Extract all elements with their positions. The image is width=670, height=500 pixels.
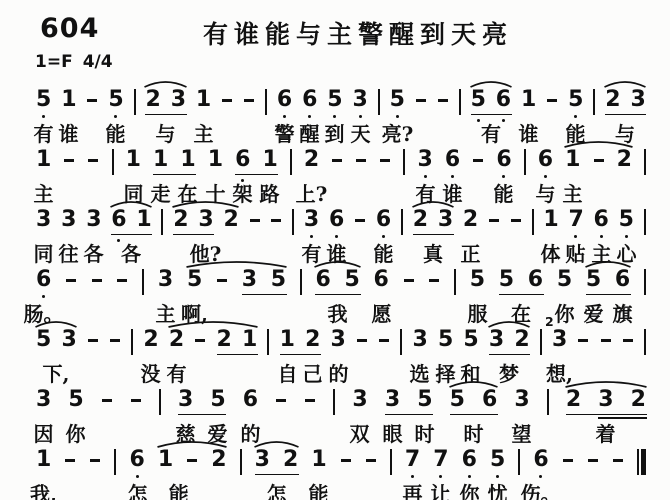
note: 5 (619, 198, 634, 232)
duration-dash (275, 378, 287, 420)
duration-dash (86, 78, 98, 120)
beam-underline (450, 414, 498, 416)
lyric-syllable: 怎 (267, 478, 287, 500)
note: 5 (68, 378, 83, 412)
duration-dash (622, 318, 634, 360)
note-digit: 1 (158, 448, 173, 472)
note: 1 (153, 138, 168, 172)
note-digit: 5 (327, 88, 342, 112)
barline (403, 149, 405, 175)
note-digit: 5 (619, 208, 634, 232)
note-digit: 5 (586, 268, 601, 292)
note: 6 (235, 138, 250, 172)
note-digit: 1 (61, 88, 76, 112)
barline (292, 209, 294, 235)
music-line: 51523166535561523有谁能与主警醒到天亮?有谁能与 (36, 78, 646, 138)
note: 5 (568, 78, 583, 112)
note-digit: 6 (36, 268, 51, 292)
barline (644, 269, 646, 295)
note-digit: 1 (280, 328, 295, 352)
note-digit: 6 (528, 268, 543, 292)
note: 3 (36, 198, 51, 232)
barline (240, 449, 242, 475)
note-digit: 2 (514, 328, 529, 352)
note: 1 (521, 78, 536, 112)
note: 6 (528, 258, 543, 292)
note-digit: 3 (514, 388, 529, 412)
duration-dash (89, 438, 101, 480)
note: 3 (171, 78, 186, 112)
score: 51523166535561523有谁能与主警醒到天亮?有谁能与11111612… (0, 72, 670, 498)
duration-dash (488, 198, 500, 240)
note: 5 (557, 258, 572, 292)
note-digit: 3 (418, 148, 433, 172)
note-digit: 6 (315, 268, 330, 292)
note: 32 (552, 318, 567, 352)
duration-dash (354, 198, 366, 240)
note: 3 (630, 78, 645, 112)
note-digit: 3 (198, 208, 213, 232)
note-digit: 2 (283, 448, 298, 472)
note-digit: 1 (153, 148, 168, 172)
note: 5 (417, 378, 432, 412)
note-digit: 2 (605, 88, 620, 112)
beam-underline (489, 354, 530, 356)
barline (267, 329, 269, 355)
barline (532, 209, 534, 235)
lyrics-row: 肠。主啊,我愿服在你爱旗 (36, 300, 646, 318)
note: 5 (450, 378, 465, 412)
notation-row: 5322211233553232 (36, 318, 646, 360)
note: 3 (331, 318, 346, 352)
barline (300, 269, 302, 295)
note-digit: 2 (143, 328, 158, 352)
note-digit: 6 (496, 88, 511, 112)
note: 3 (158, 258, 173, 292)
barline (112, 149, 114, 175)
note: 2 (283, 438, 298, 472)
beam-underline (145, 114, 187, 116)
note-digit: 1 (136, 208, 151, 232)
note: 3 (304, 198, 319, 232)
barline (400, 329, 402, 355)
final-barline (637, 449, 646, 475)
beam-underline (413, 234, 454, 236)
duration-dash (472, 138, 484, 180)
note: 6 (496, 78, 511, 112)
note-digit: 1 (543, 208, 558, 232)
barline (142, 269, 144, 295)
note: 6 (374, 258, 389, 292)
note-digit: 2 (305, 328, 320, 352)
note-digit: 3 (86, 208, 101, 232)
note: 2 (631, 378, 646, 412)
beam-underline (153, 174, 196, 176)
lyrics-row: 有谁能与主警醒到天亮?有谁能与 (36, 120, 646, 138)
page-title: 有谁能与主警醒到天亮 (0, 15, 670, 51)
note: 6 (302, 78, 317, 112)
duration-dash (87, 318, 99, 360)
duration-dash (428, 258, 440, 300)
note-digit: 2 (211, 448, 226, 472)
note: 2 (217, 318, 232, 352)
note-digit: 3 (178, 388, 193, 412)
note-digit: 2 (463, 208, 478, 232)
note: 3 (198, 198, 213, 232)
sheet-music-page: 604 有谁能与主警醒到天亮 1=F4/4 51523166535561523有… (0, 0, 670, 500)
note-digit: 6 (277, 88, 292, 112)
beam-underline (173, 234, 214, 236)
note: 5 (390, 78, 405, 112)
lyrics-row: 主同走在十架路上?有谁能与主 (36, 180, 646, 198)
note-digit: 6 (329, 208, 344, 232)
lyric-syllable: 能 (169, 478, 189, 500)
barline (378, 89, 380, 115)
barline (114, 449, 116, 475)
note-digit: 5 (490, 448, 505, 472)
note-digit: 1 (565, 148, 580, 172)
note: 6 (462, 438, 477, 472)
note-digit: 3 (412, 328, 427, 352)
duration-dash (109, 318, 121, 360)
duration-dash (194, 318, 206, 360)
note: 1 (543, 198, 558, 232)
note: 6 (36, 258, 51, 292)
note-digit: 3 (489, 328, 504, 352)
note-digit: 5 (36, 88, 51, 112)
duration-dash (437, 78, 449, 120)
barline (593, 89, 595, 115)
duration-dash (593, 138, 605, 180)
lyrics-row: 因你慈爱的双眼时时望着 (36, 420, 646, 438)
barline (459, 89, 461, 115)
note-digit: 5 (499, 268, 514, 292)
lyric-syllable: 你 (460, 478, 480, 500)
note-digit: 2 (223, 208, 238, 232)
lyric-syllable: 忧 (488, 478, 508, 500)
key-label: 1=F (35, 52, 73, 72)
note: 6 (315, 258, 330, 292)
note-digit: 3 (552, 328, 567, 352)
note: 5 (438, 318, 453, 352)
note-digit: 3 (385, 388, 400, 412)
notation-row: 63535656556556 (36, 258, 646, 300)
note-digit: 1 (36, 148, 51, 172)
note-digit: 6 (374, 268, 389, 292)
duration-dash (365, 438, 377, 480)
duration-dash (510, 198, 522, 240)
barline (265, 89, 267, 115)
note: 7 (405, 438, 420, 472)
note: 1 (565, 138, 580, 172)
note: 1 (262, 138, 277, 172)
key-signature: 1=F4/4 (0, 52, 670, 72)
note: 6 (594, 198, 609, 232)
duration-dash (577, 318, 589, 360)
note-digit: 5 (210, 388, 225, 412)
duration-dash (65, 258, 77, 300)
time-signature: 4/4 (83, 52, 113, 72)
note-digit: 3 (255, 448, 270, 472)
note: 1 (242, 318, 257, 352)
duration-dash (249, 198, 261, 240)
header: 604 有谁能与主警醒到天亮 (0, 0, 670, 51)
note-digit: 5 (417, 388, 432, 412)
note: 2 (463, 198, 478, 232)
music-line: 5322211233553232下,没有自己的选择和梦想, (36, 318, 646, 378)
barline (644, 209, 646, 235)
note-digit: 3 (36, 208, 51, 232)
duration-dash (243, 78, 255, 120)
beam-underline (499, 294, 544, 296)
duration-dash (130, 378, 142, 420)
note: 6 (329, 198, 344, 232)
duration-dash (270, 198, 282, 240)
duration-dash (221, 78, 233, 120)
note-digit: 5 (470, 268, 485, 292)
note-digit: 6 (496, 148, 511, 172)
note-digit: 5 (187, 268, 202, 292)
barline (333, 389, 335, 415)
note: 1 (311, 438, 326, 472)
notation-row: 35356335563232 (36, 378, 646, 420)
note-digit: 2 (304, 148, 319, 172)
note-digit: 6 (533, 448, 548, 472)
lyric-syllable: 能 (309, 478, 329, 500)
note: 2 (143, 318, 158, 352)
barline (644, 149, 646, 175)
note: 2 (223, 198, 238, 232)
note-digit: 7 (405, 448, 420, 472)
note-digit: 3 (304, 208, 319, 232)
note-digit: 1 (521, 88, 536, 112)
note: 3 (412, 318, 427, 352)
duration-dash (340, 438, 352, 480)
note: 3 (61, 198, 76, 232)
duration-dash (562, 438, 574, 480)
note-digit: 5 (450, 388, 465, 412)
note: 1 (196, 78, 211, 112)
note: 3 (242, 258, 257, 292)
lyric-syllable: 让 (431, 478, 451, 500)
note: 6 (111, 198, 126, 232)
lyrics-row: 我,怎能怎能再让你忧伤。 (36, 480, 646, 498)
note: 6 (445, 138, 460, 172)
lyric-syllable: 我, (30, 478, 57, 500)
beam-underline (255, 474, 299, 476)
note: 2 (617, 138, 632, 172)
note: 5 (586, 258, 601, 292)
note: 6 (615, 258, 630, 292)
barline (159, 389, 161, 415)
note: 6 (277, 78, 292, 112)
note: 1 (136, 198, 151, 232)
note: 3 (418, 138, 433, 172)
beam-underline (315, 294, 361, 296)
note-digit: 5 (463, 328, 478, 352)
lyric-syllable: 伤。 (521, 478, 561, 500)
beam-underline (385, 414, 433, 416)
note-digit: 6 (462, 448, 477, 472)
note-digit: 1 (311, 448, 326, 472)
note-digit: 1 (262, 148, 277, 172)
note-digit: 2 (145, 88, 160, 112)
note: 2 (211, 438, 226, 472)
note: 2 (566, 378, 581, 412)
duration-dash (63, 138, 75, 180)
note-digit: 1 (126, 148, 141, 172)
beam-underline (111, 234, 152, 236)
note-digit: 7 (568, 208, 583, 232)
note-digit: 6 (111, 208, 126, 232)
duration-dash (304, 378, 316, 420)
grace-note: 2 (545, 314, 554, 329)
beam-underline (178, 414, 226, 416)
duration-dash (612, 438, 624, 480)
note: 2 (413, 198, 428, 232)
music-line: 11111612366612主同走在十架路上?有谁能与主 (36, 138, 646, 198)
duration-dash (403, 258, 415, 300)
note: 5 (490, 438, 505, 472)
note-digit: 5 (68, 388, 83, 412)
duration-dash (379, 138, 391, 180)
note-digit: 5 (568, 88, 583, 112)
notation-row: 333612323662321765 (36, 198, 646, 240)
note: 7 (568, 198, 583, 232)
note: 5 (499, 258, 514, 292)
note-digit: 3 (36, 388, 51, 412)
note-digit: 5 (108, 88, 123, 112)
barline (524, 149, 526, 175)
note-digit: 5 (271, 268, 286, 292)
note-digit: 6 (130, 448, 145, 472)
music-line: 333612323662321765同往各各他?有谁能真正体贴主心 (36, 198, 646, 258)
note-digit: 3 (353, 88, 368, 112)
duration-dash (378, 318, 390, 360)
note-digit: 2 (566, 388, 581, 412)
duration-dash (587, 438, 599, 480)
note: 2 (305, 318, 320, 352)
note-digit: 6 (302, 88, 317, 112)
note-digit: 1 (196, 88, 211, 112)
note: 3 (352, 378, 367, 412)
note: 6 (538, 138, 553, 172)
note: 3 (598, 378, 613, 412)
note: 5 (470, 258, 485, 292)
barline (134, 89, 136, 115)
note: 7 (433, 438, 448, 472)
note: 3 (255, 438, 270, 472)
note: 2 (173, 198, 188, 232)
duration-dash (186, 438, 198, 480)
note-digit: 1 (242, 328, 257, 352)
note: 5 (345, 258, 360, 292)
note-digit: 3 (242, 268, 257, 292)
lyrics-row: 同往各各他?有谁能真正体贴主心 (36, 240, 646, 258)
barline (518, 449, 520, 475)
final-barline-thin (637, 449, 639, 475)
notation-row: 51523166535561523 (36, 78, 646, 120)
music-line: 35356335563232因你慈爱的双眼时时望着 (36, 378, 646, 438)
note: 6 (130, 438, 145, 472)
note: 5 (271, 258, 286, 292)
note: 2 (304, 138, 319, 172)
note: 5 (463, 318, 478, 352)
beam-underline (605, 114, 646, 116)
duration-dash (116, 258, 128, 300)
note-digit: 3 (598, 388, 613, 412)
note-digit: 6 (235, 148, 250, 172)
duration-dash (415, 78, 427, 120)
hymn-number: 604 (40, 13, 99, 44)
note-digit: 6 (445, 148, 460, 172)
barline (644, 329, 646, 355)
duration-dash (331, 138, 343, 180)
barline (390, 449, 392, 475)
note-digit: 6 (615, 268, 630, 292)
note-digit: 1 (208, 148, 223, 172)
note-digit: 5 (438, 328, 453, 352)
duration-dash (600, 318, 612, 360)
duration-dash (91, 258, 103, 300)
barline (454, 269, 456, 295)
beam-underline (586, 294, 631, 296)
barline (290, 149, 292, 175)
note-digit: 2 (631, 388, 646, 412)
duration-dash (216, 258, 228, 300)
note: 1 (61, 78, 76, 112)
note-digit: 3 (61, 328, 76, 352)
slur-layer (36, 378, 646, 420)
music-line: 161232177656我,怎能怎能再让你忧伤。 (36, 438, 646, 498)
barline (401, 209, 403, 235)
note-digit: 3 (630, 88, 645, 112)
note-digit: 7 (433, 448, 448, 472)
note: 5 (187, 258, 202, 292)
note: 1 (180, 138, 195, 172)
note: 5 (108, 78, 123, 112)
beam-underline (471, 114, 512, 116)
note-digit: 6 (482, 388, 497, 412)
note: 5 (210, 378, 225, 412)
beam-underline (217, 354, 258, 356)
note-digit: 6 (376, 208, 391, 232)
lyrics-row: 下,没有自己的选择和梦想, (36, 360, 646, 378)
duration-dash (356, 318, 368, 360)
note-digit: 3 (352, 388, 367, 412)
note: 3 (385, 378, 400, 412)
note: 3 (353, 78, 368, 112)
note: 3 (438, 198, 453, 232)
duration-dash (546, 78, 558, 120)
note: 3 (86, 198, 101, 232)
barline (547, 389, 549, 415)
note-digit: 6 (243, 388, 258, 412)
duration-dash (101, 378, 113, 420)
note: 2 (145, 78, 160, 112)
note-digit: 5 (345, 268, 360, 292)
barline (131, 329, 133, 355)
note-digit: 1 (36, 448, 51, 472)
note: 6 (496, 138, 511, 172)
barline (540, 329, 542, 355)
note: 5 (36, 318, 51, 352)
notation-row: 11111612366612 (36, 138, 646, 180)
note-digit: 5 (390, 88, 405, 112)
note: 1 (36, 138, 51, 172)
note: 3 (489, 318, 504, 352)
barline (161, 209, 163, 235)
